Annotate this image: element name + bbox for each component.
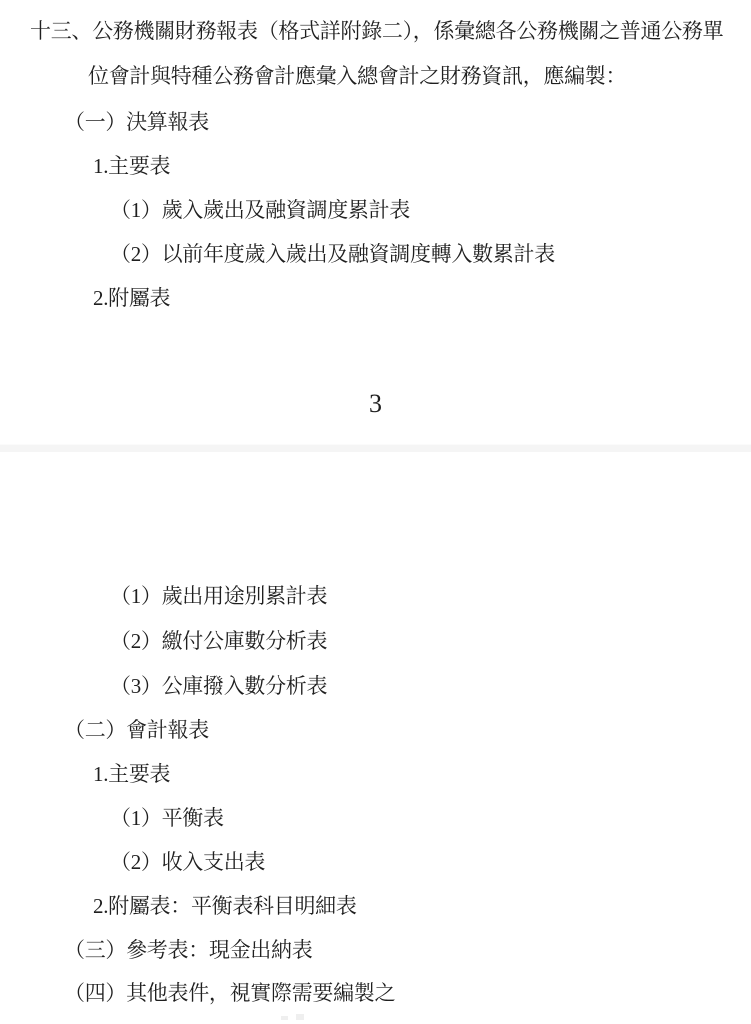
doc-line: 位會計與特種公務會計應彙入總會計之財務資訊，應編製：	[88, 65, 626, 87]
page-4: （1）歲出用途別累計表 （2）繳付公庫數分析表 （3）公庫撥入數分析表 （二）會…	[0, 452, 751, 1024]
page-3: 十三、公務機關財務報表（格式詳附錄二），係彙總各公務機關之普通公務單 位會計與特…	[0, 0, 751, 444]
doc-line: （3）公庫撥入數分析表	[110, 675, 327, 697]
doc-line: （二）會計報表	[64, 719, 209, 741]
doc-line: （1）歲出用途別累計表	[110, 585, 327, 607]
page-number: 3	[0, 391, 751, 417]
doc-line: （三）參考表：現金出納表	[64, 939, 312, 961]
doc-line: （一）決算報表	[64, 111, 209, 133]
doc-line: （2）收入支出表	[110, 851, 265, 873]
doc-line: 2.附屬表：平衡表科目明細表	[93, 895, 357, 917]
doc-line: （1）歲入歲出及融資調度累計表	[110, 199, 410, 221]
document-viewer: 十三、公務機關財務報表（格式詳附錄二），係彙總各公務機關之普通公務單 位會計與特…	[0, 0, 751, 1024]
clipped-next-line-fragment	[281, 1016, 288, 1020]
doc-line: 十三、公務機關財務報表（格式詳附錄二），係彙總各公務機關之普通公務單	[30, 20, 723, 42]
doc-line: （1）平衡表	[110, 807, 224, 829]
doc-line: （四）其他表件，視實際需要編製之	[64, 982, 395, 1004]
clipped-next-line-fragment	[296, 1014, 304, 1020]
doc-line: 1.主要表	[93, 155, 170, 177]
doc-line: （2）繳付公庫數分析表	[110, 630, 327, 652]
doc-line: 1.主要表	[93, 763, 170, 785]
doc-line: （2）以前年度歲入歲出及融資調度轉入數累計表	[110, 243, 555, 265]
doc-line: 2.附屬表	[93, 287, 170, 309]
